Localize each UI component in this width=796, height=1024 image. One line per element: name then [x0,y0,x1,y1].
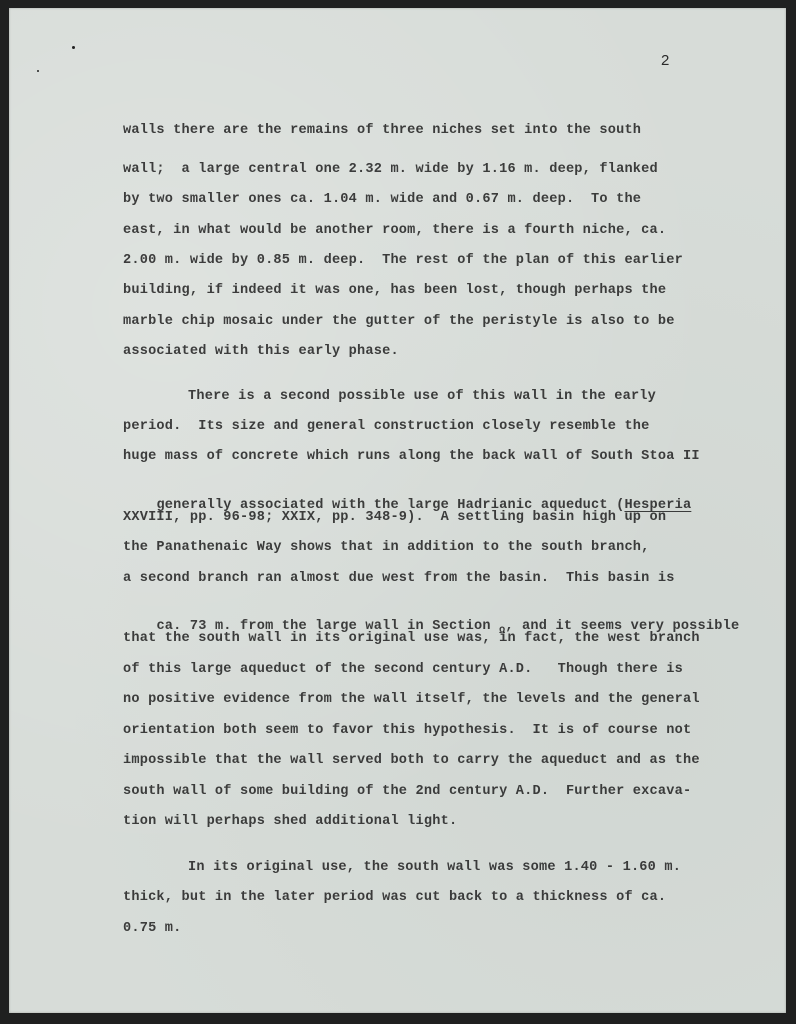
text-line: walls there are the remains of three nic… [123,122,641,140]
text-line: a second branch ran almost due west from… [123,570,675,588]
text-line: XXVIII, pp. 96-98; XXIX, pp. 348-9). A s… [123,509,666,527]
text-line: no positive evidence from the wall itsel… [123,691,700,709]
text-line: east, in what would be another room, the… [123,222,666,240]
text-line: impossible that the wall served both to … [123,752,700,770]
typewritten-page: 2 walls there are the remains of three n… [9,8,786,1013]
text-line: associated with this early phase. [123,343,399,361]
text-line: by two smaller ones ca. 1.04 m. wide and… [123,191,641,209]
ink-speck [37,70,39,72]
text-line: huge mass of concrete which runs along t… [123,448,700,466]
text-line: 2.00 m. wide by 0.85 m. deep. The rest o… [123,252,683,270]
text-line: building, if indeed it was one, has been… [123,282,666,300]
text-line: of this large aqueduct of the second cen… [123,661,683,679]
text-line: There is a second possible use of this w… [188,388,656,406]
text-line: wall; a large central one 2.32 m. wide b… [123,161,658,179]
ink-speck [72,46,75,49]
text-line: 0.75 m. [123,920,182,938]
text-line: In its original use, the south wall was … [188,859,681,877]
text-line: thick, but in the later period was cut b… [123,889,666,907]
text-line: south wall of some building of the 2nd c… [123,783,691,801]
text-line: tion will perhaps shed additional light. [123,813,457,831]
text-line: period. Its size and general constructio… [123,418,650,436]
text-line: that the south wall in its original use … [123,630,700,648]
text-line: marble chip mosaic under the gutter of t… [123,313,675,331]
page-number: 2 [661,52,669,69]
text-line: the Panathenaic Way shows that in additi… [123,539,650,557]
text-line: orientation both seem to favor this hypo… [123,722,691,740]
